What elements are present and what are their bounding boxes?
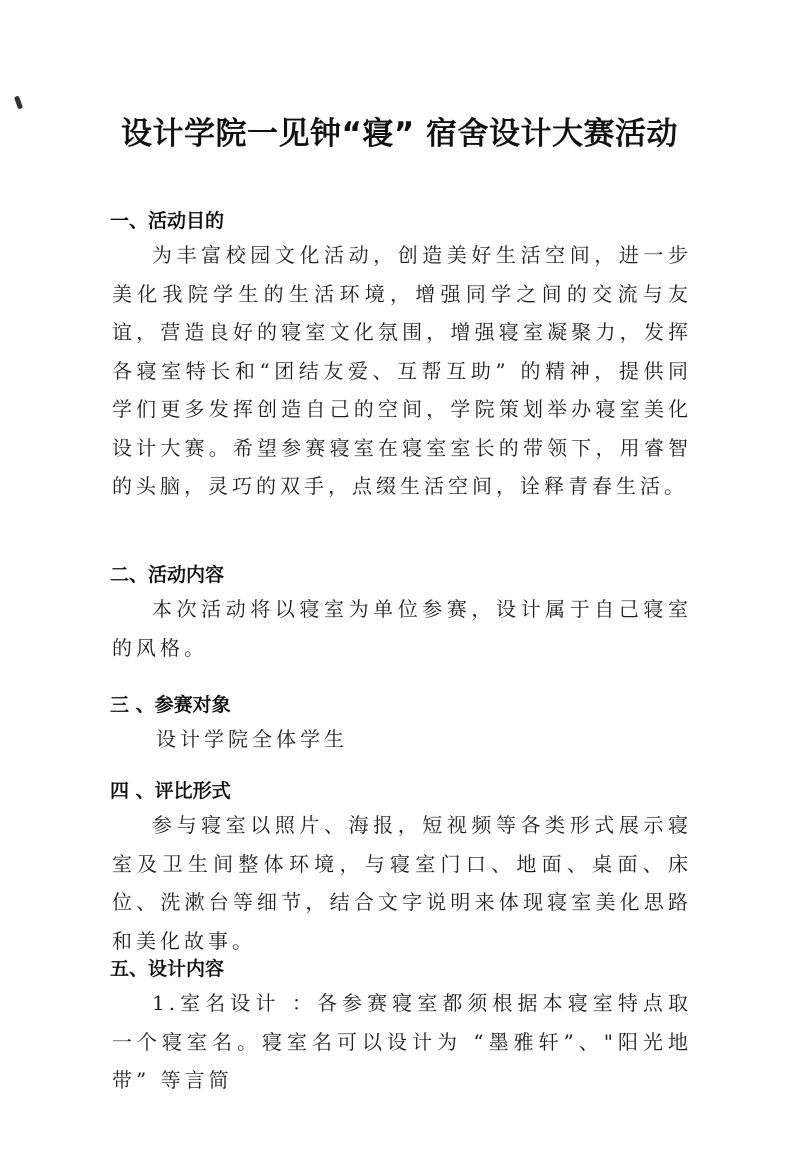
paragraph-participants: 设计学院全体学生 xyxy=(156,720,736,759)
section-heading-evaluation: 四 、评比形式 xyxy=(110,776,231,803)
document-title: 设计学院一见钟“寝” 宿舍设计大赛活动 xyxy=(0,108,799,153)
paragraph-design: 1.室名设计 ：各参赛寝室都须根据本寝室特点取一个寝室名。寝室名可以设计为 “墨… xyxy=(112,984,692,1100)
paragraph-content: 本次活动将以寝室为单位参赛，设计属于自己寝室的风格。 xyxy=(112,590,692,667)
section-heading-purpose: 一、活动目的 xyxy=(110,206,224,233)
section-heading-content: 二、活动内容 xyxy=(110,560,224,587)
paragraph-evaluation: 参与寝室以照片、海报，短视频等各类形式展示寝室及卫生间整体环境，与寝室门口、地面… xyxy=(112,806,692,960)
section-heading-design: 五、设计内容 xyxy=(110,954,224,981)
paragraph-purpose: 为丰富校园文化活动，创造美好生活空间，进一步美化我院学生的生活环境，增强同学之间… xyxy=(112,236,692,506)
section-heading-participants: 三 、参赛对象 xyxy=(110,690,231,717)
